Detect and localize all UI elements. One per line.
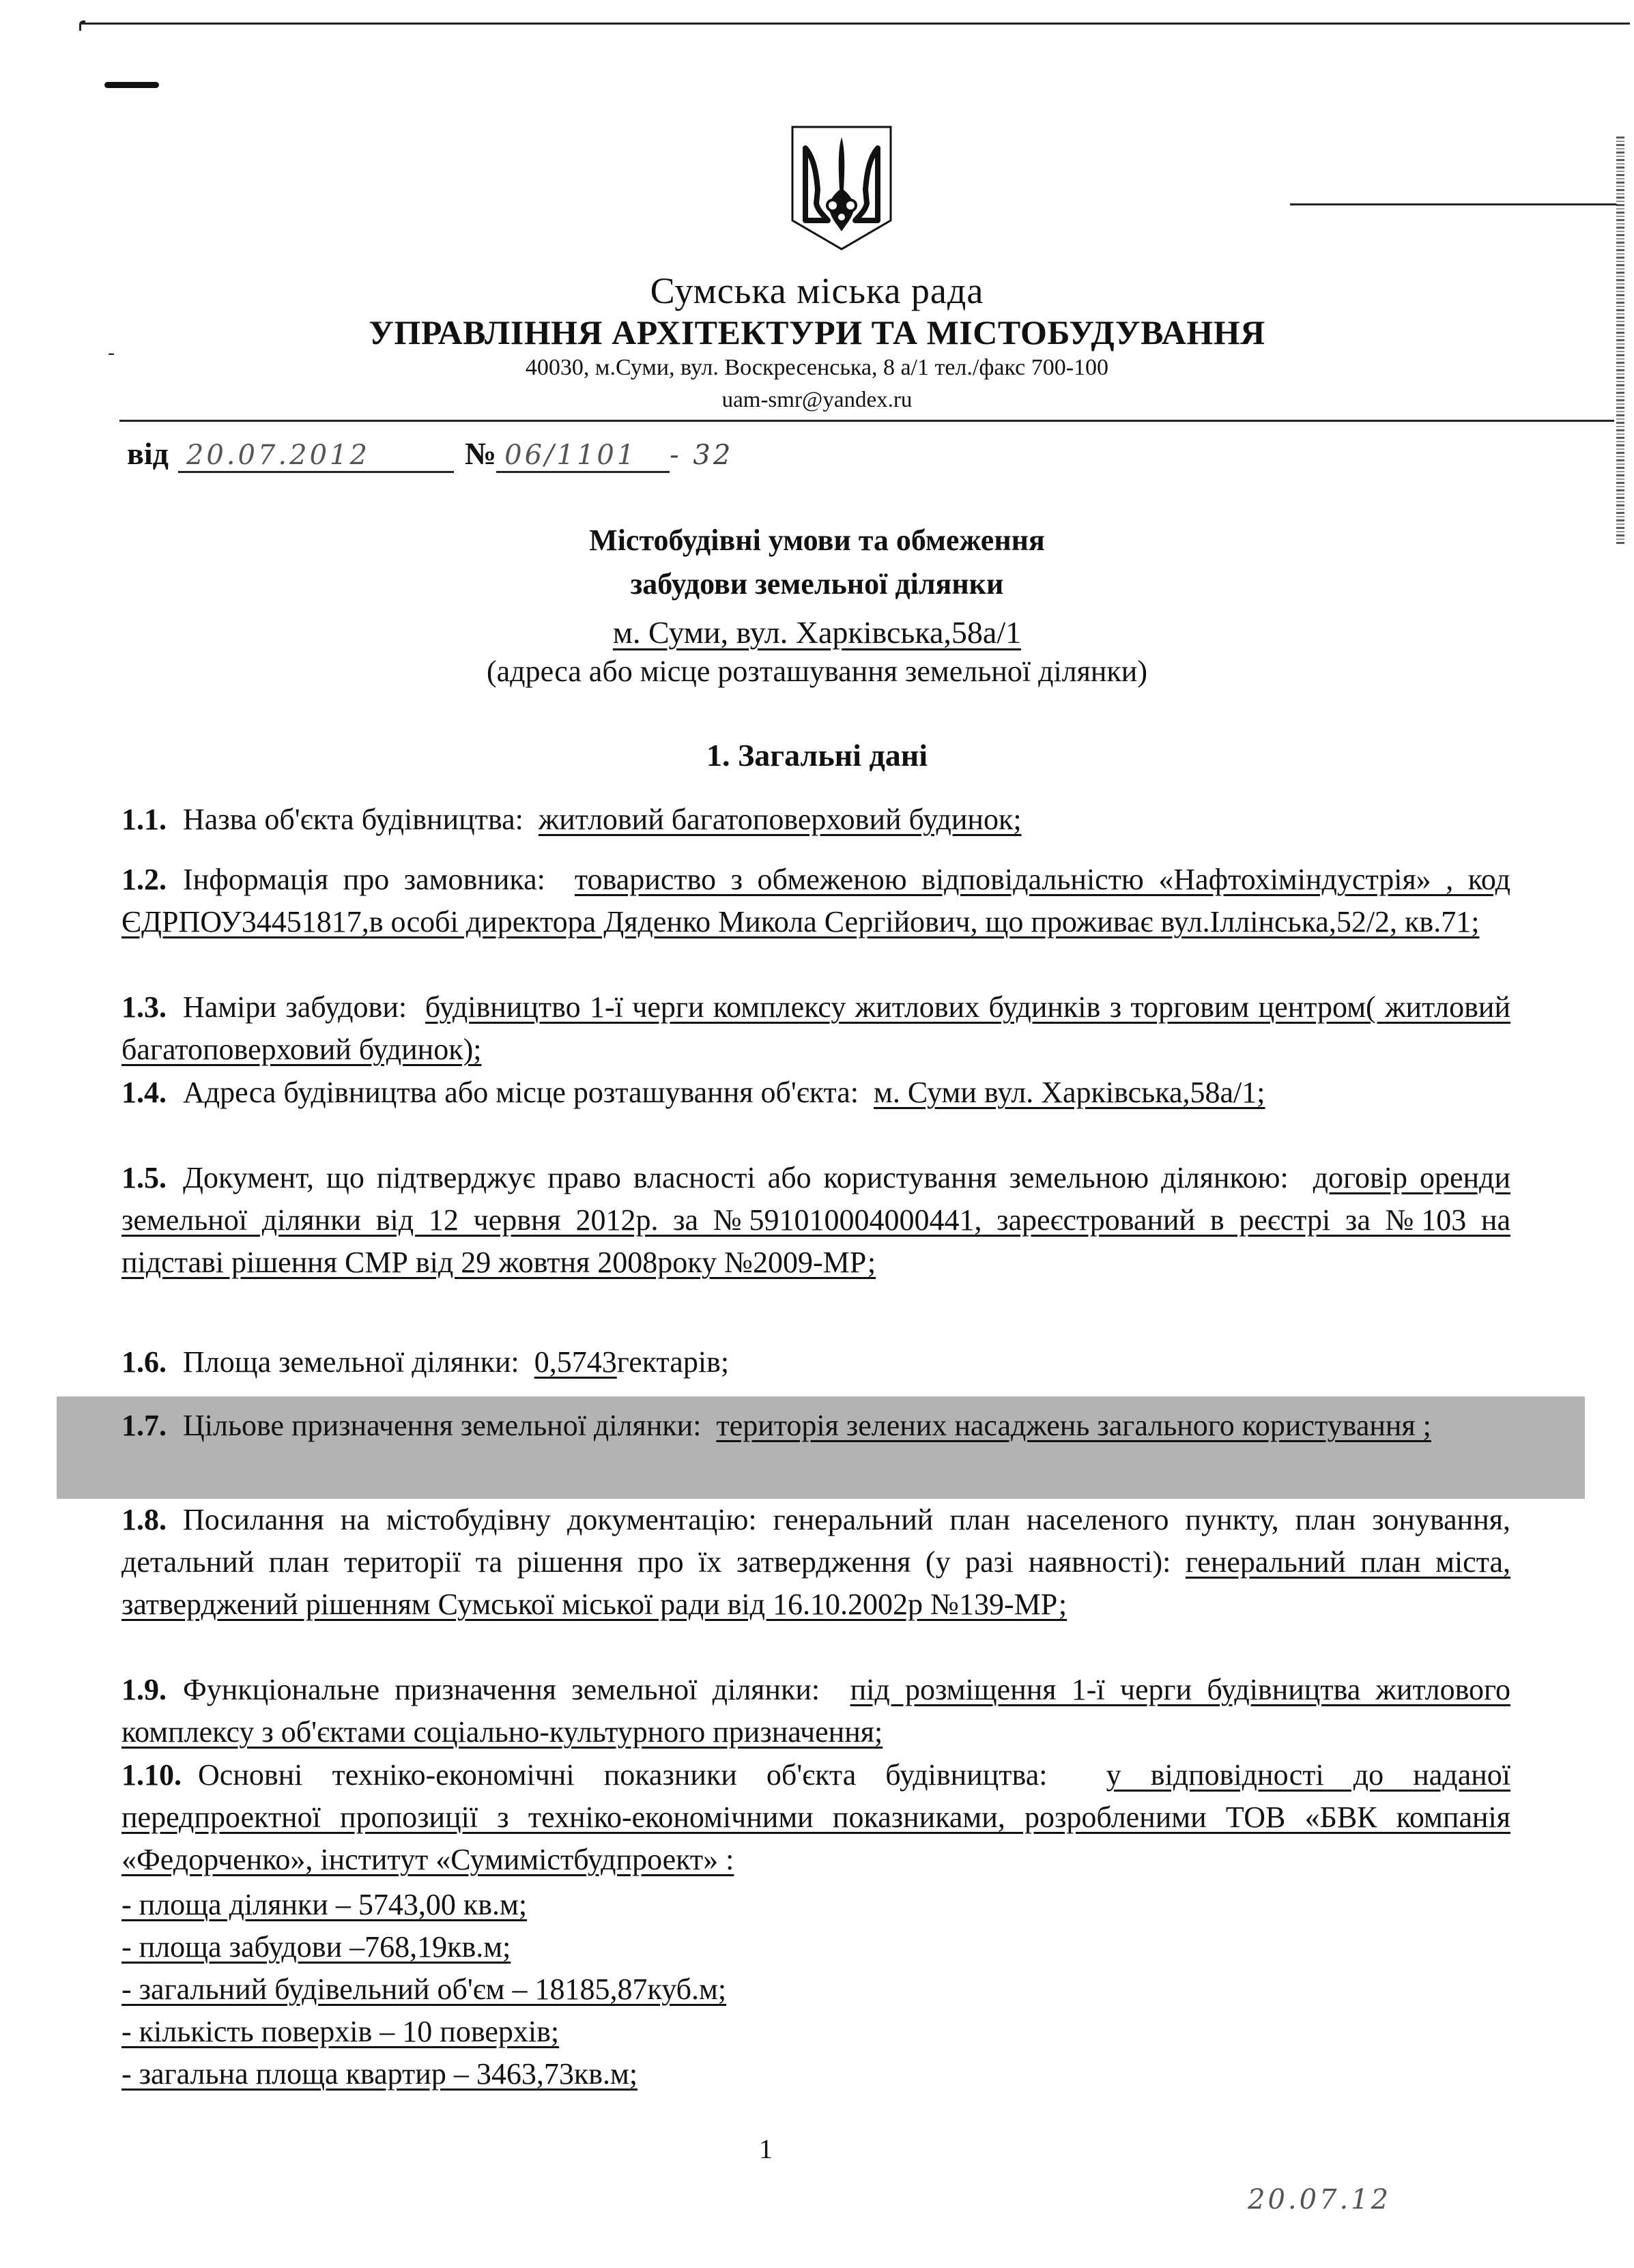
item-1-8: 1.8.Посилання на містобудівну документац… [121,1499,1510,1626]
reference-row: від 20.07.2012 № 06/1101 - 32 [127,435,733,473]
indicator-item: - загальний будівельний об'єм – 18185,87… [121,1968,726,2011]
scan-corner-mark [79,20,85,31]
ink-smudge [104,82,159,88]
handwritten-footer-date: 20.07.12 [1248,2184,1391,2215]
item-1-10: 1.10.Основні техніко-економічні показник… [121,1754,1510,1881]
section-title: 1. Загальні дані [0,737,1634,773]
indicator-item: - кількість поверхів – 10 поверхів; [121,2011,726,2053]
document-title-line-2: забудови земельної ділянки [0,562,1634,606]
handwritten-number-suffix: - 32 [670,440,733,471]
item-1-9: 1.9.Функціональне призначення земельної … [121,1669,1510,1753]
item-1-6: 1.6.Площа земельної ділянки: 0,5743гекта… [121,1341,1510,1383]
indicator-item: - площа забудови –768,19кв.м; [121,1926,726,1968]
department-name: УПРАВЛІННЯ АРХІТЕКТУРИ ТА МІСТОБУДУВАННЯ [0,313,1634,352]
indicator-item: - площа ділянки – 5743,00 кв.м; [121,1884,726,1926]
item-1-3: 1.3.Наміри забудови: будівництво 1-ї чер… [121,986,1510,1071]
item-1-7: 1.7.Цільове призначення земельної ділянк… [121,1405,1510,1447]
site-address-text: м. Суми, вул. Харківська,58а/1 [613,615,1021,650]
item-value: 0,5743 [534,1345,617,1379]
scan-right-dash [1290,203,1618,205]
item-value: житловий багатоповерховий будинок; [539,803,1022,836]
page-number: 1 [759,2133,773,2165]
coat-of-arms-icon [790,125,893,251]
from-label: від [127,435,169,472]
site-address-caption: (адреса або місце розташування земельної… [0,654,1634,689]
council-name: Сумська міська рада [0,270,1634,312]
letterhead-divider [119,420,1614,422]
department-email: uam-smr@yandex.ru [0,388,1634,413]
scan-top-border [81,23,1630,25]
site-address: м. Суми, вул. Харківська,58а/1 [0,614,1634,650]
number-label: № [465,435,496,472]
indicator-item: - загальна площа квартир – 3463,73кв.м; [121,2053,726,2095]
item-value: територія зелених насаджень загального к… [716,1409,1431,1442]
handwritten-number: 06/1101 [496,440,670,473]
technical-indicators-list: - площа ділянки – 5743,00 кв.м; - площа … [121,1884,726,2095]
item-1-5: 1.5.Документ, що підтверджує право власн… [121,1157,1510,1284]
item-1-1: 1.1.Назва об'єкта будівництва: житловий … [121,799,1510,841]
item-value: м. Суми вул. Харківська,58а/1; [874,1076,1265,1109]
department-address: 40030, м.Суми, вул. Воскресенська, 8 а/1… [0,355,1634,381]
document-title-line-1: Містобудівні умови та обмеження [0,519,1634,562]
handwritten-date: 20.07.2012 [178,440,454,473]
item-1-4: 1.4.Адреса будівництва або місце розташу… [121,1072,1510,1114]
item-1-2: 1.2.Інформація про замовника: товариство… [121,859,1510,943]
